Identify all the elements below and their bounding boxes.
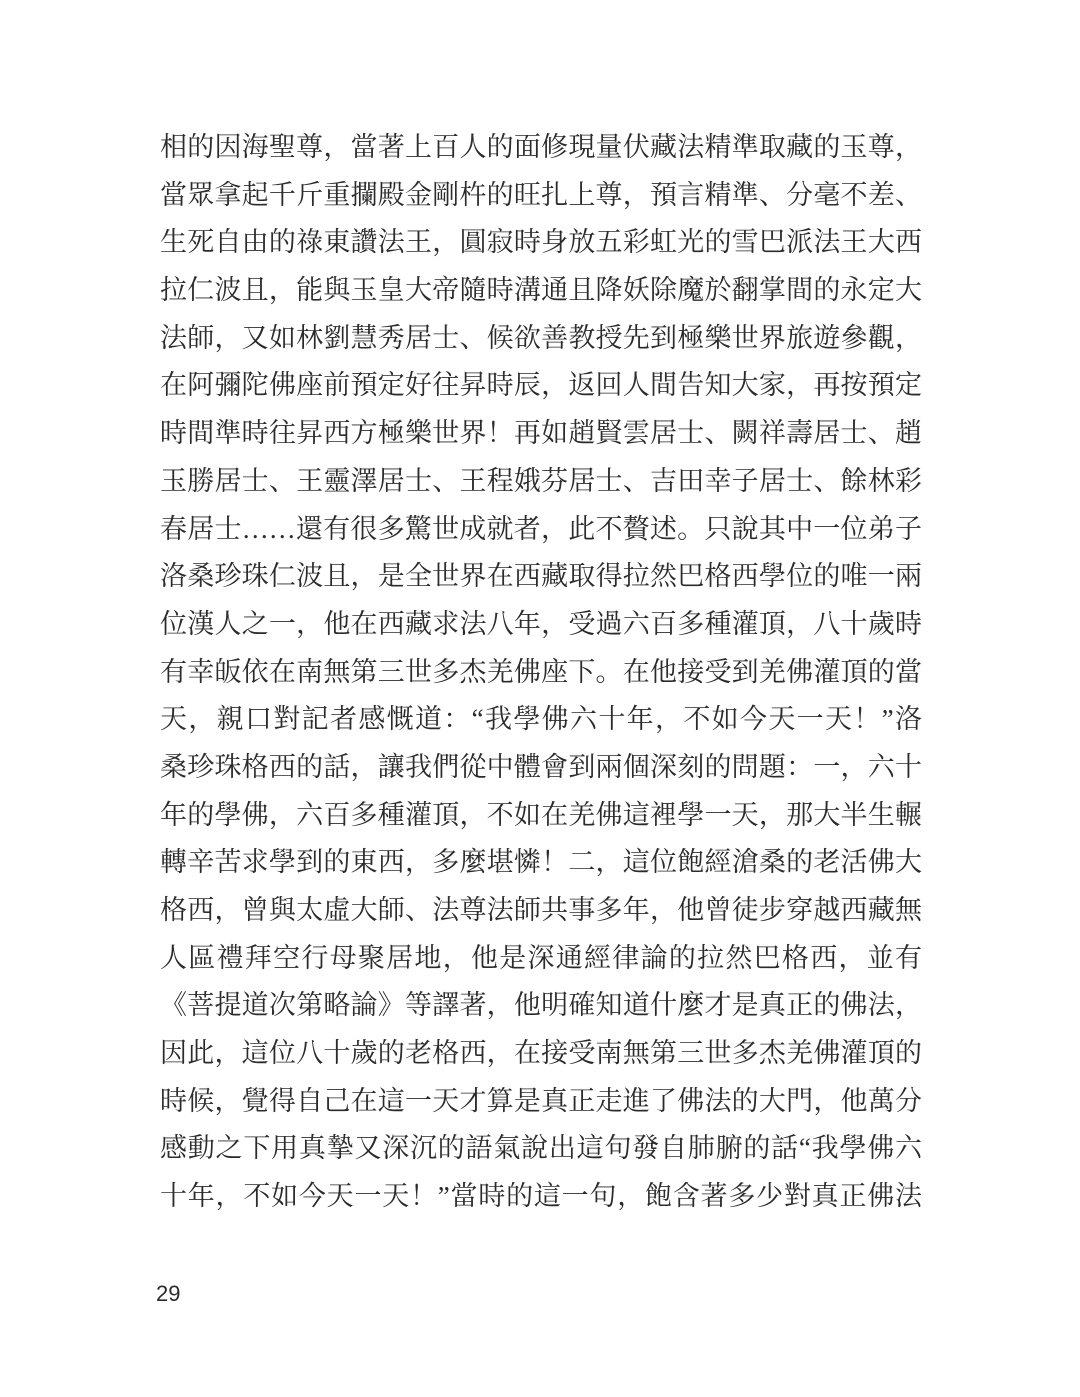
- text-line: 法師，又如林劉慧秀居士、候欲善教授先到極樂世界旅遊參觀，: [160, 315, 922, 363]
- text-line: 有幸皈依在南無第三世多杰羌佛座下。在他接受到羌佛灌頂的當: [160, 649, 922, 697]
- page-number: 29: [156, 1281, 180, 1307]
- text-line: 在阿彌陀佛座前預定好往昇時辰，返回人間告知大家，再按預定: [160, 362, 922, 410]
- text-line: 年的學佛，六百多種灌頂，不如在羌佛這裡學一天，那大半生輾: [160, 792, 922, 840]
- text-line: 十年，不如今天一天！”當時的這一句，飽含著多少對真正佛法: [160, 1173, 922, 1221]
- text-line: 因此，這位八十歲的老格西，在接受南無第三世多杰羌佛灌頂的: [160, 1030, 922, 1078]
- document-page: 相的因海聖尊，當著上百人的面修現量伏藏法精準取藏的玉尊，當眾拿起千斤重攔殿金剛杵…: [0, 0, 1080, 1397]
- text-line: 玉勝居士、王靈澤居士、王程娥芬居士、吉田幸子居士、餘林彩: [160, 458, 922, 506]
- text-line: 相的因海聖尊，當著上百人的面修現量伏藏法精準取藏的玉尊，: [160, 124, 922, 172]
- text-line: 當眾拿起千斤重攔殿金剛杵的旺扎上尊，預言精準、分毫不差、: [160, 172, 922, 220]
- text-line: 時間準時往昇西方極樂世界！再如趙賢雲居士、闕祥壽居士、趙: [160, 410, 922, 458]
- text-line: 拉仁波且，能與玉皇大帝隨時溝通且降妖除魔於翻掌間的永定大: [160, 267, 922, 315]
- text-line: 人區禮拜空行母聚居地，他是深通經律論的拉然巴格西，並有: [160, 935, 922, 983]
- text-line: 桑珍珠格西的話，讓我們從中體會到兩個深刻的問題：一，六十: [160, 744, 922, 792]
- text-line: 春居士……還有很多驚世成就者，此不贅述。只說其中一位弟子: [160, 506, 922, 554]
- text-line: 天，親口對記者感慨道：“我學佛六十年，不如今天一天！”洛: [160, 696, 922, 744]
- text-line: 生死自由的祿東讚法王，圓寂時身放五彩虹光的雪巴派法王大西: [160, 219, 922, 267]
- text-line: 感動之下用真摯又深沉的語氣說出這句發自肺腑的話“我學佛六: [160, 1125, 922, 1173]
- text-line: 轉辛苦求學到的東西，多麼堪憐！二，這位飽經滄桑的老活佛大: [160, 839, 922, 887]
- text-line: 《菩提道次第略論》等譯著，他明確知道什麼才是真正的佛法，: [160, 982, 922, 1030]
- text-line: 位漢人之一，他在西藏求法八年，受過六百多種灌頂，八十歲時: [160, 601, 922, 649]
- text-line: 格西，曾與太虛大師、法尊法師共事多年，他曾徒步穿越西藏無: [160, 887, 922, 935]
- text-line: 時候，覺得自己在這一天才算是真正走進了佛法的大門，他萬分: [160, 1078, 922, 1126]
- body-text-paragraph: 相的因海聖尊，當著上百人的面修現量伏藏法精準取藏的玉尊，當眾拿起千斤重攔殿金剛杵…: [160, 124, 922, 1221]
- text-line: 洛桑珍珠仁波且，是全世界在西藏取得拉然巴格西學位的唯一兩: [160, 553, 922, 601]
